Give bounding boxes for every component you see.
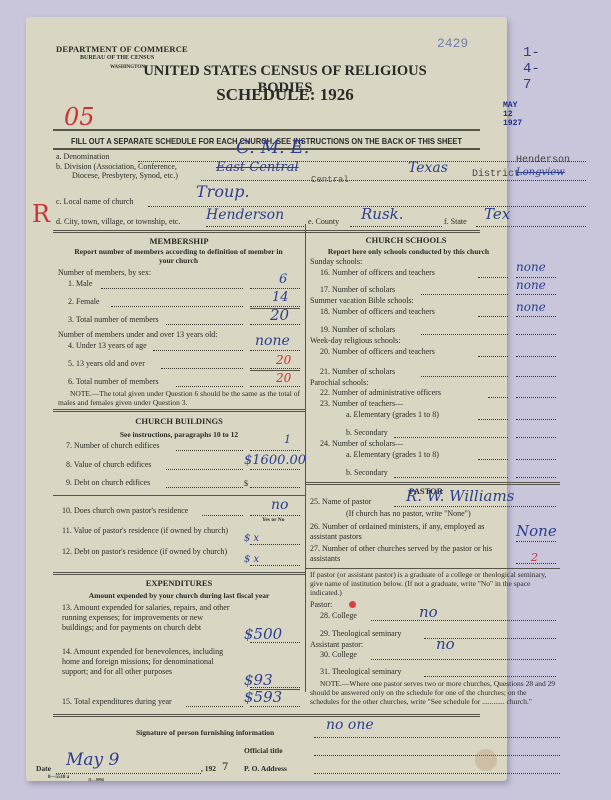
district-typed-value: Henderson xyxy=(516,155,570,166)
school-q23a-label: a. Elementary (grades 1 to 8) xyxy=(346,410,439,419)
form-number: 8—5518 a xyxy=(48,775,69,780)
edifices-value-label: 8. Value of church edifices xyxy=(66,460,151,469)
residence-value-value[interactable]: $ x xyxy=(244,533,259,544)
census-schedule-sheet: DEPARTMENT OF COMMERCE BUREAU OF THE CEN… xyxy=(26,17,507,781)
buildings-subtitle: See instructions, paragraphs 10 to 12 xyxy=(53,430,305,439)
school-q17-value[interactable]: none xyxy=(516,278,546,292)
pastor-label: Pastor: xyxy=(310,600,332,609)
red-mark-05: 05 xyxy=(64,103,95,131)
under-13-label: 4. Under 13 years of age xyxy=(68,341,147,350)
school-q20-label: 20. Number of officers and teachers xyxy=(320,347,435,356)
school-q17-label: 17. Number of scholars xyxy=(320,285,395,294)
other-churches-label: 27. Number of other churches served by t… xyxy=(310,544,492,564)
weekday-schools-label: Week-day religious schools: xyxy=(310,336,400,345)
school-q24a-label: a. Elementary (grades 1 to 8) xyxy=(346,450,439,459)
school-q24b-label: b. Secondary xyxy=(346,468,388,477)
school-q19-label: 19. Number of scholars xyxy=(320,325,395,334)
school-q21-label: 21. Number of scholars xyxy=(320,367,395,376)
division-value[interactable]: Texas xyxy=(408,160,448,176)
red-dot-mark xyxy=(349,601,356,608)
residence-debt-label: 12. Debt on pastor's residence (if owned… xyxy=(62,547,237,557)
year-value[interactable]: 7 xyxy=(222,762,228,773)
school-q24-label: 24. Number of scholars— xyxy=(320,439,403,448)
assistant-seminary-label: 31. Theological seminary xyxy=(320,667,401,676)
year-printed: , 192 xyxy=(201,764,216,773)
membership-note: NOTE.—The total given under Question 6 s… xyxy=(58,389,303,407)
stamp-code: 1-4-7 xyxy=(523,45,540,93)
residence-debt-value[interactable]: $ x xyxy=(244,554,259,565)
by-sex-label: Number of members, by sex: xyxy=(58,268,151,277)
po-address-label: P. O. Address xyxy=(244,764,287,773)
edifices-count-value[interactable]: 1 xyxy=(284,433,291,446)
denomination-label: a. Denomination xyxy=(56,152,109,161)
benevolences-value[interactable]: $93 xyxy=(244,671,273,689)
schools-subtitle: Report here only schools conducted by th… xyxy=(306,247,511,256)
sunday-schools-label: Sunday schools: xyxy=(310,257,362,266)
date-value[interactable]: May 9 xyxy=(66,750,119,770)
pastor-college-label: 28. College xyxy=(320,611,357,620)
stamp-number: 2429 xyxy=(437,36,468,51)
school-q16-label: 16. Number of officers and teachers xyxy=(320,268,435,277)
pastor-seminary-label: 29. Theological seminary xyxy=(320,629,401,638)
graduate-note: If pastor (or assistant pastor) is a gra… xyxy=(310,570,556,597)
denomination-value[interactable]: C. M. E. xyxy=(236,137,309,158)
school-q23b-label: b. Secondary xyxy=(346,428,388,437)
signature-label: Signature of person furnishing informati… xyxy=(136,728,274,737)
assistant-ministers-value[interactable]: None xyxy=(516,522,557,540)
over-13-value[interactable]: 20 xyxy=(276,353,291,367)
city-value[interactable]: Henderson xyxy=(206,207,284,223)
under-13-value[interactable]: none xyxy=(255,333,290,349)
total-expenditures-value[interactable]: $593 xyxy=(244,688,282,706)
membership-title: MEMBERSHIP xyxy=(53,236,305,246)
age-label: Number of members under and over 13 year… xyxy=(58,330,218,339)
red-mark-r: R xyxy=(32,200,50,228)
total-by-age-value[interactable]: 20 xyxy=(276,371,291,385)
official-title-label: Official title xyxy=(244,746,283,755)
schools-title: CHURCH SCHOOLS xyxy=(306,235,506,245)
female-label: 2. Female xyxy=(68,297,100,306)
assistant-college-label: 30. College xyxy=(320,650,357,659)
total-expenditures-label: 15. Total expenditures during year xyxy=(62,697,172,706)
school-q16-value[interactable]: none xyxy=(516,260,546,274)
pastor-college-value[interactable]: no xyxy=(419,603,438,621)
buildings-title: CHURCH BUILDINGS xyxy=(53,416,305,426)
male-label: 1. Male xyxy=(68,279,92,288)
county-value[interactable]: Rusk. xyxy=(361,205,404,223)
received-date-stamp: MAY 12 1927 xyxy=(503,101,522,128)
parochial-schools-label: Parochial schools: xyxy=(310,378,368,387)
owns-residence-label: 10. Does church own pastor's residence xyxy=(62,506,188,515)
total-members-label: 3. Total number of members xyxy=(68,315,159,324)
residence-value-label: 11. Value of pastor's residence (if owne… xyxy=(62,526,237,536)
division-struck-value: East Central xyxy=(216,160,299,175)
benevolences-label: 14. Amount expended for benevolences, in… xyxy=(62,647,237,677)
district-label: District xyxy=(472,169,520,180)
pastor-name-label: 25. Name of pastor xyxy=(310,497,371,506)
male-value[interactable]: 6 xyxy=(279,272,287,287)
expenditures-title: EXPENDITURES xyxy=(53,578,305,588)
date-label: Date xyxy=(36,764,51,773)
district-struck-value: Longview xyxy=(516,167,565,178)
school-q23-label: 23. Number of teachers— xyxy=(320,399,403,408)
department-heading: DEPARTMENT OF COMMERCE xyxy=(56,44,188,54)
division-label: b. Division (Association, Conference, xyxy=(56,162,177,171)
yes-no-hint: Yes or No xyxy=(262,517,285,523)
assistant-pastor-label: Assistant pastor: xyxy=(310,640,363,649)
membership-subtitle: Report number of members according to de… xyxy=(66,247,291,265)
schedule-title: SCHEDULE: 1926 xyxy=(120,85,450,105)
division-label-2: Diocese, Presbytery, Synod, etc.) xyxy=(72,171,178,180)
divider xyxy=(53,714,480,717)
bureau-heading: BUREAU OF THE CENSUS xyxy=(80,55,154,61)
expenditures-subtitle: Amount expended by your church during la… xyxy=(53,591,305,600)
print-code: 11—9094 xyxy=(88,777,104,782)
running-expenses-value[interactable]: $500 xyxy=(244,625,282,643)
total-members-value[interactable]: 20 xyxy=(270,306,289,324)
edifices-value-value[interactable]: $1600.00 xyxy=(244,453,306,468)
divider xyxy=(53,129,480,131)
edifices-debt-value[interactable]: $ xyxy=(244,479,248,488)
assistant-ministers-label: 26. Number of ordained ministers, if any… xyxy=(310,522,492,542)
assistant-college-value[interactable]: no xyxy=(436,635,455,653)
local-name-value[interactable]: Troup. xyxy=(196,182,250,201)
edifices-debt-label: 9. Debt on church edifices xyxy=(66,478,150,487)
other-churches-value[interactable]: 2 xyxy=(531,551,538,564)
pastor-note: NOTE.—Where one pastor serves two or mor… xyxy=(310,679,556,706)
divider xyxy=(53,230,480,233)
total-by-age-label: 6. Total number of members xyxy=(68,377,159,386)
school-q18-value[interactable]: none xyxy=(516,300,546,314)
division-typed-value: Central xyxy=(311,175,349,185)
signature-value[interactable]: no one xyxy=(326,717,374,733)
over-13-label: 5. 13 years old and over xyxy=(68,359,145,368)
running-expenses-label: 13. Amount expended for salaries, repair… xyxy=(62,603,237,633)
city-label: d. City, town, village, or township, etc… xyxy=(56,217,180,226)
school-q18-label: 18. Number of officers and teachers xyxy=(320,307,435,316)
pastor-name-value[interactable]: R. W. Williams xyxy=(406,487,514,505)
state-label: f. State xyxy=(444,217,467,226)
female-value[interactable]: 14 xyxy=(272,290,289,305)
local-name-label: c. Local name of church xyxy=(56,197,134,206)
summer-schools-label: Summer vacation Bible schools: xyxy=(310,296,414,305)
state-value[interactable]: Tex xyxy=(484,205,510,223)
edifices-count-label: 7. Number of church edifices xyxy=(66,441,160,450)
pastor-name-hint: (If church has no pastor, write "None") xyxy=(346,509,471,518)
owns-residence-value[interactable]: no xyxy=(271,497,288,513)
school-q22-label: 22. Number of administrative officers xyxy=(320,388,441,397)
county-label: e. County xyxy=(308,217,339,226)
